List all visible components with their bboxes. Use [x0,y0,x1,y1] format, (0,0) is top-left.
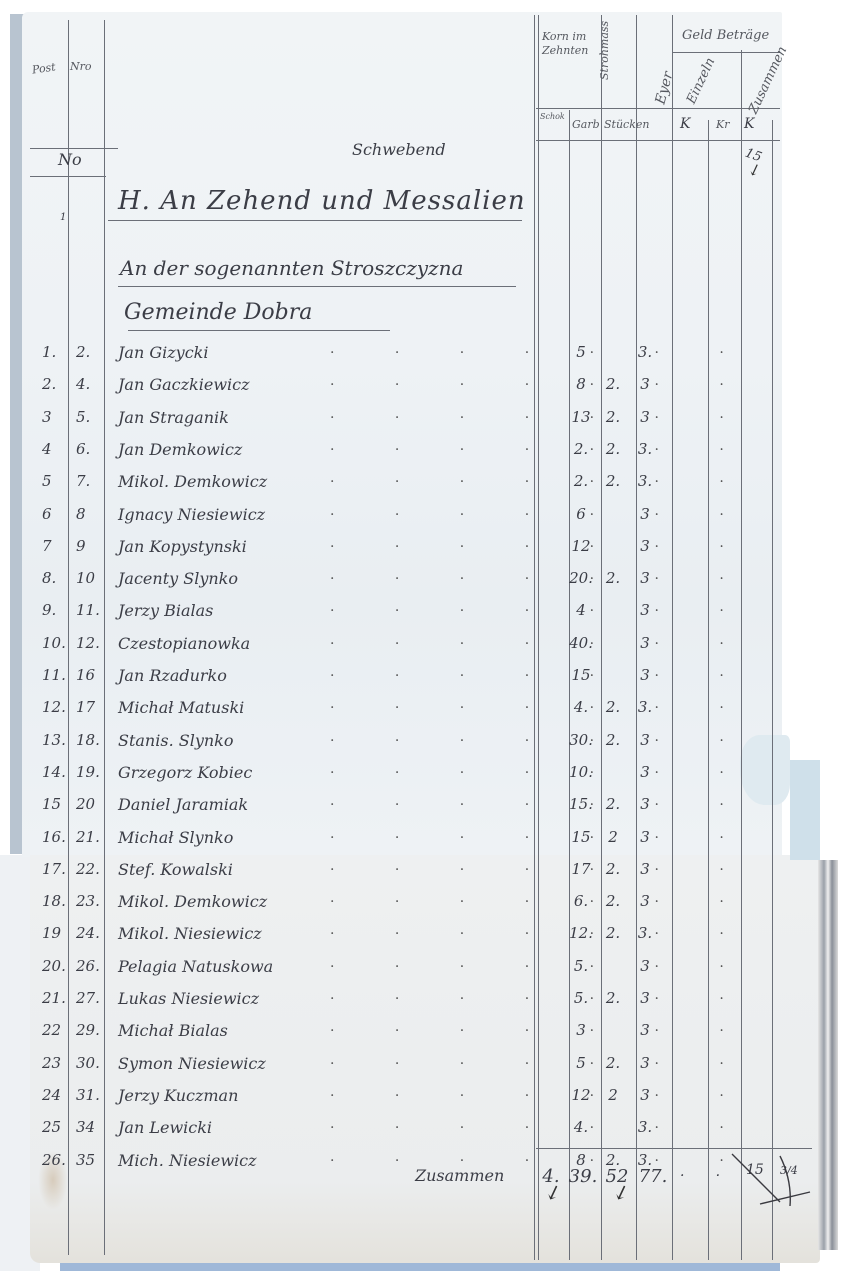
row-stroh: 2. [598,698,628,716]
row-name: Grzegorz Kobiec [118,763,252,782]
row-post-number: 26. [42,1151,66,1169]
header-schok: Schok [540,112,565,121]
row-leader-dots: · · · · · · · [330,668,752,684]
header-garb: Garb [572,118,600,131]
row-post-number: 19 [42,924,61,942]
row-leader-dots: · · · · · · · [330,959,752,975]
rule-geld-group [672,52,780,53]
row-nro: 9 [76,537,86,555]
title-note: Schwebend [352,140,446,159]
row-name: Czestopianowka [118,634,250,653]
row-stroh: 2. [598,924,628,942]
row-stroh: 2 [598,828,628,846]
row-garb: 15. [566,795,596,813]
row-eyer: 3 [630,860,660,878]
row-leader-dots: · · · · · · · [330,797,752,813]
row-name: Pelagia Natuskowa [118,957,273,976]
row-post-number: 13. [42,731,66,749]
rule-zusammen-kr [772,120,773,1260]
row-name: Jan Lewicki [118,1118,212,1137]
row-garb: 12. [566,924,596,942]
row-leader-dots: · · · · · · · [330,507,752,523]
row-name: Jan Kopystynski [118,537,247,556]
row-name: Ignacy Niesiewicz [118,505,265,524]
community-name: Gemeinde Dobra [124,300,312,325]
row-leader-dots: · · · · · · · [330,377,752,393]
row-name: Jan Gaczkiewicz [118,375,250,394]
row-nro: 2. [76,343,90,361]
scan-background-bottom [60,1262,780,1271]
header-no: No [58,150,82,169]
row-nro: 6. [76,440,90,458]
row-garb: 6 [566,505,596,523]
row-nro: 22. [76,860,100,878]
row-name: Stanis. Slynko [118,731,233,750]
row-garb: 6. [566,892,596,910]
row-nro: 4. [76,375,90,393]
row-post-number: 10. [42,634,66,652]
row-post-number: 1. [42,343,56,361]
row-garb: 40. [566,634,596,652]
rule-nro [104,20,105,1255]
row-leader-dots: · · · · · · · [330,636,752,652]
page-binding-edge [818,860,838,1250]
row-eyer: 3. [630,343,660,361]
header-stucken: Stücken [604,118,649,131]
header-unit-k2: K [744,116,754,132]
row-nro: 17 [76,698,95,716]
row-stroh: 2. [598,1054,628,1072]
row-eyer: 3 [630,828,660,846]
header-korn: Korn im Zehnten [542,30,597,58]
row-post-number: 11. [42,666,66,684]
rule-header-mid [536,108,780,109]
row-name: Jerzy Bialas [118,601,213,620]
row-post-number: 17. [42,860,66,878]
row-leader-dots: · · · · · · · [330,733,752,749]
row-stroh: 2. [598,569,628,587]
row-garb: 5. [566,957,596,975]
row-garb: 8 [566,375,596,393]
row-eyer: 3 [630,1021,660,1039]
row-eyer: 3 [630,666,660,684]
row-leader-dots: · · · · · · · [330,991,752,1007]
row-leader-dots: · · · · · · · [330,345,752,361]
row-nro: 21. [76,828,100,846]
row-stroh: 2. [598,860,628,878]
row-nro: 34 [76,1118,95,1136]
row-eyer: 3 [630,989,660,1007]
row-name: Symon Niesiewicz [118,1054,266,1073]
row-leader-dots: · · · · · · · [330,603,752,619]
paper-tear-edge [790,760,820,860]
row-garb: 4. [566,1118,596,1136]
row-post-number: 24 [42,1086,61,1104]
row-garb: 5 [566,1054,596,1072]
row-eyer: 3 [630,601,660,619]
row-nro: 23. [76,892,100,910]
row-garb: 10. [566,763,596,781]
row-post-number: 3 [42,408,52,426]
row-leader-dots: · · · · · · · [330,571,752,587]
row-post-number: 12. [42,698,66,716]
row-garb: 15 [566,666,596,684]
header-unit-k1: K [680,116,690,132]
row-nro: 35 [76,1151,95,1169]
row-post-number: 5 [42,472,52,490]
row-eyer: 3 [630,375,660,393]
row-eyer: 3 [630,892,660,910]
row-garb: 12 [566,1086,596,1104]
row-eyer: 3 [630,731,660,749]
row-nro: 5. [76,408,90,426]
row-stroh: 2 [598,1086,628,1104]
rule-header-left [30,148,118,149]
row-post-number: 8. [42,569,56,587]
total-eyer: 77. [638,1166,668,1187]
row-nro: 16 [76,666,95,684]
title-underline [108,220,522,221]
row-leader-dots: · · · · · · · [330,700,752,716]
row-name: Mich. Niesiewicz [118,1151,257,1170]
row-name: Lukas Niesiewicz [118,989,259,1008]
row-name: Jan Gizycki [118,343,208,362]
community-underline [128,330,390,331]
row-post-number: 15 [42,795,61,813]
row-eyer: 3 [630,537,660,555]
row-name: Michał Slynko [118,828,233,847]
row-nro: 12. [76,634,100,652]
row-nro: 7. [76,472,90,490]
row-nro: 24. [76,924,100,942]
row-name: Jerzy Kuczman [118,1086,238,1105]
row-leader-dots: · · · · · · · [330,1023,752,1039]
row-nro: 19. [76,763,100,781]
row-post-number: 22 [42,1021,61,1039]
row-name: Michał Matuski [118,698,244,717]
row-nro: 8 [76,505,86,523]
row-nro: 29. [76,1021,100,1039]
row-post-number: 2. [42,375,56,393]
row-post-number: 7 [42,537,52,555]
row-nro: 27. [76,989,100,1007]
rule-post [68,20,69,1255]
header-stroh: Strohmass [598,21,611,80]
header-unit-kr: Kr [716,118,729,131]
row-leader-dots: · · · · · · · [330,1056,752,1072]
row-eyer: 3 [630,795,660,813]
row-eyer: 3 [630,569,660,587]
row-stroh: 2. [598,375,628,393]
row-nro: 11. [76,601,100,619]
row-eyer: 3. [630,698,660,716]
rule-header-bottom [536,140,780,141]
row-leader-dots: · · · · · · · [330,1120,752,1136]
row-name: Jan Demkowicz [118,440,242,459]
page-title: H. An Zehend und Messalien [118,186,526,216]
row-leader-dots: · · · · · · · [330,926,752,942]
row-stroh: 2. [598,440,628,458]
row-post-number: 14. [42,763,66,781]
total-dots: · · [680,1168,720,1184]
row-garb: 30. [566,731,596,749]
row-nro: 30. [76,1054,100,1072]
header-nro: Nro [70,60,92,73]
row-post-number: 25 [42,1118,61,1136]
row-garb: 2. [566,440,596,458]
row-post-number: 4 [42,440,52,458]
row-stroh: 2. [598,795,628,813]
row-name: Michał Bialas [118,1021,228,1040]
row-leader-dots: · · · · · · · [330,474,752,490]
row-nro: 31. [76,1086,100,1104]
row-leader-dots: · · · · · · · [330,1088,752,1104]
row-nro: 20 [76,795,95,813]
row-eyer: 3. [630,472,660,490]
row-post-number: 20. [42,957,66,975]
row-eyer: 3. [630,1118,660,1136]
row-post-number: 18. [42,892,66,910]
row-eyer: 3. [630,924,660,942]
rule-totals [536,1148,812,1149]
row-nro: 10 [76,569,95,587]
row-name: Jan Rzadurko [118,666,227,685]
row-post-number: 9. [42,601,56,619]
row-eyer: 3 [630,1086,660,1104]
row-leader-dots: · · · · · · · [330,410,752,426]
row-garb: 17 [566,860,596,878]
row-nro: 26. [76,957,100,975]
header-geld: Geld Beträge [682,28,769,43]
subtitle-underline [118,286,516,287]
row-stroh: 2. [598,472,628,490]
row-stroh: 2. [598,989,628,1007]
row-eyer: 3 [630,634,660,652]
row-eyer: 3. [630,440,660,458]
row-name: Mikol. Demkowicz [118,472,267,491]
row-stroh: 2. [598,408,628,426]
row-one-marker: 1 [60,212,66,223]
row-name: Mikol. Niesiewicz [118,924,262,943]
row-name: Mikol. Demkowicz [118,892,267,911]
page-subtitle: An der sogenannten Stroszczyzna [120,256,463,280]
rule-header-left-2 [30,176,106,177]
row-leader-dots: · · · · · · · [330,765,752,781]
row-garb: 20. [566,569,596,587]
row-name: Jan Straganik [118,408,229,427]
row-eyer: 3 [630,1054,660,1072]
row-garb: 4 [566,601,596,619]
row-post-number: 21. [42,989,66,1007]
row-garb: 4. [566,698,596,716]
row-leader-dots: · · · · · · · [330,830,752,846]
row-name: Stef. Kowalski [118,860,233,879]
row-eyer: 3 [630,957,660,975]
row-garb: 5. [566,989,596,1007]
row-leader-dots: · · · · · · · [330,442,752,458]
row-garb: 5 [566,343,596,361]
row-nro: 18. [76,731,100,749]
row-post-number: 16. [42,828,66,846]
row-stroh: 2. [598,892,628,910]
row-eyer: 3 [630,408,660,426]
row-name: Daniel Jaramiak [118,795,248,814]
row-eyer: 3 [630,505,660,523]
total-garb: 39. [568,1166,598,1187]
row-stroh: 2. [598,731,628,749]
row-eyer: 3 [630,763,660,781]
row-post-number: 23 [42,1054,61,1072]
row-leader-dots: · · · · · · · [330,862,752,878]
row-post-number: 6 [42,505,52,523]
row-garb: 13 [566,408,596,426]
totals-label: Zusammen [415,1166,504,1185]
row-garb: 12 [566,537,596,555]
row-leader-dots: · · · · · · · [330,894,752,910]
rule-zusammen [741,50,742,1260]
cross-out-mark-icon [730,1150,812,1210]
row-garb: 3 [566,1021,596,1039]
row-garb: 2. [566,472,596,490]
row-name: Jacenty Slynko [118,569,238,588]
row-leader-dots: · · · · · · · [330,539,752,555]
row-garb: 15 [566,828,596,846]
